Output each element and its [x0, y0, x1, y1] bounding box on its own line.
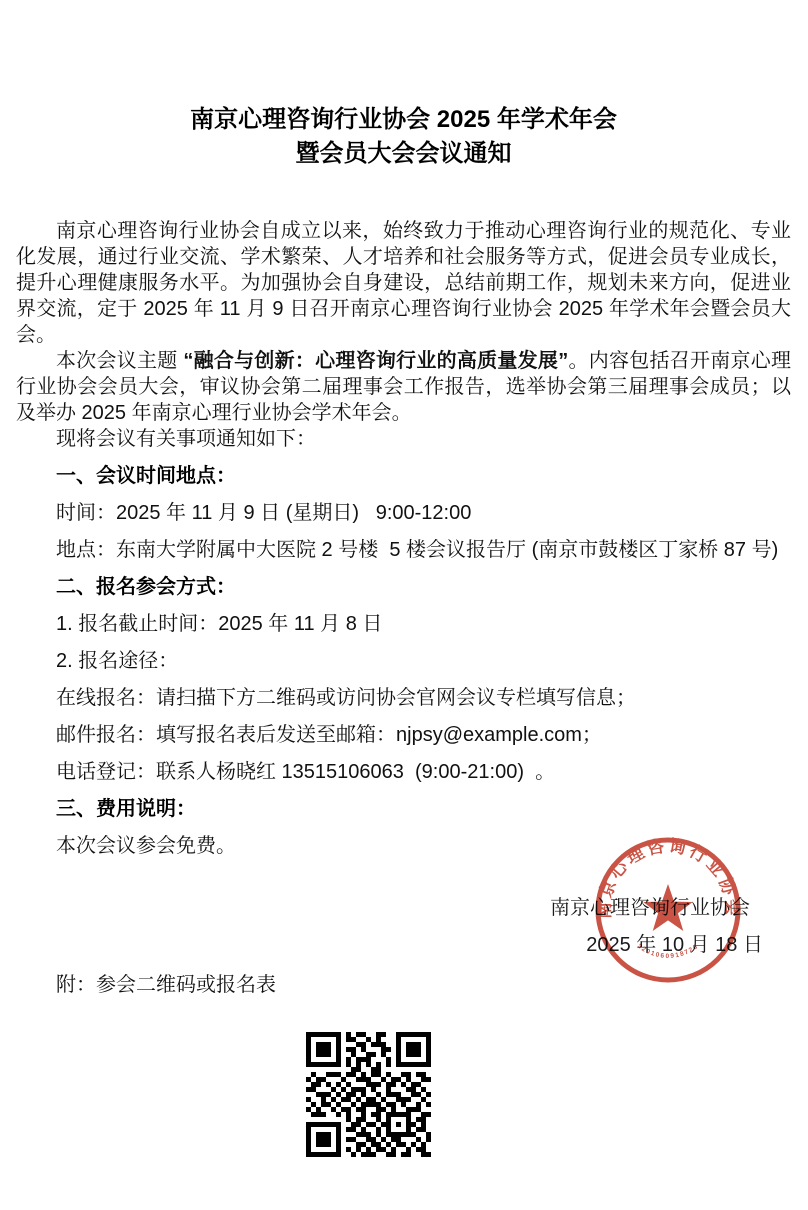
title-line-2: 暨会员大会会议通知 — [16, 137, 791, 171]
online-registration-line: 在线报名：请扫描下方二维码或访问协会官网会议专栏填写信息； — [16, 685, 791, 711]
section-3-heading: 三、费用说明： — [16, 796, 791, 822]
meeting-time-line: 时间：2025 年 11 月 9 日 (星期日) 9:00-12:00 — [16, 500, 791, 526]
theme-prefix: 本次会议主题 — [56, 350, 183, 372]
email-registration-line: 邮件报名：填写报名表后发送至邮箱：njpsy@example.com； — [16, 722, 791, 748]
theme-paragraph: 本次会议主题 “融合与创新：心理咨询行业的高质量发展”。内容包括召开南京心理行业… — [16, 348, 791, 426]
registration-channels-line: 2. 报名途径： — [16, 648, 791, 674]
document-title: 南京心理咨询行业协会 2025 年学术年会 暨会员大会会议通知 — [16, 103, 791, 171]
notice-document: 南京心理咨询行业协会 2025 年学术年会 暨会员大会会议通知 南京心理咨询行业… — [0, 0, 808, 1210]
signature-block: 南京心理咨询行业协会 2025 年 10 月 18 日 — [16, 895, 791, 958]
title-line-1: 南京心理咨询行业协会 2025 年学术年会 — [16, 103, 791, 137]
fee-line: 本次会议参会免费。 — [16, 833, 791, 859]
section-2-heading: 二、报名参会方式： — [16, 574, 791, 600]
signature-org: 南京心理咨询行业协会 — [16, 895, 791, 921]
theme-title: “融合与创新：心理咨询行业的高质量发展” — [183, 350, 568, 372]
meeting-place-line: 地点：东南大学附属中大医院 2 号楼 5 楼会议报告厅 (南京市鼓楼区丁家桥 8… — [16, 537, 791, 563]
intro-paragraph: 南京心理咨询行业协会自成立以来，始终致力于推动心理咨询行业的规范化、专业化发展，… — [16, 218, 791, 348]
attachment-note: 附：参会二维码或报名表 — [16, 972, 791, 998]
registration-deadline-line: 1. 报名截止时间：2025 年 11 月 8 日 — [16, 611, 791, 637]
signature-date: 2025 年 10 月 18 日 — [16, 932, 791, 958]
qr-code — [306, 1032, 431, 1157]
document-body: 南京心理咨询行业协会 2025 年学术年会 暨会员大会会议通知 南京心理咨询行业… — [16, 0, 791, 1018]
notice-lead: 现将会议有关事项通知如下： — [16, 426, 791, 452]
section-1-heading: 一、会议时间地点： — [16, 463, 791, 489]
phone-registration-line: 电话登记：联系人杨晓红 13515106063 (9:00-21:00) 。 — [16, 759, 791, 785]
